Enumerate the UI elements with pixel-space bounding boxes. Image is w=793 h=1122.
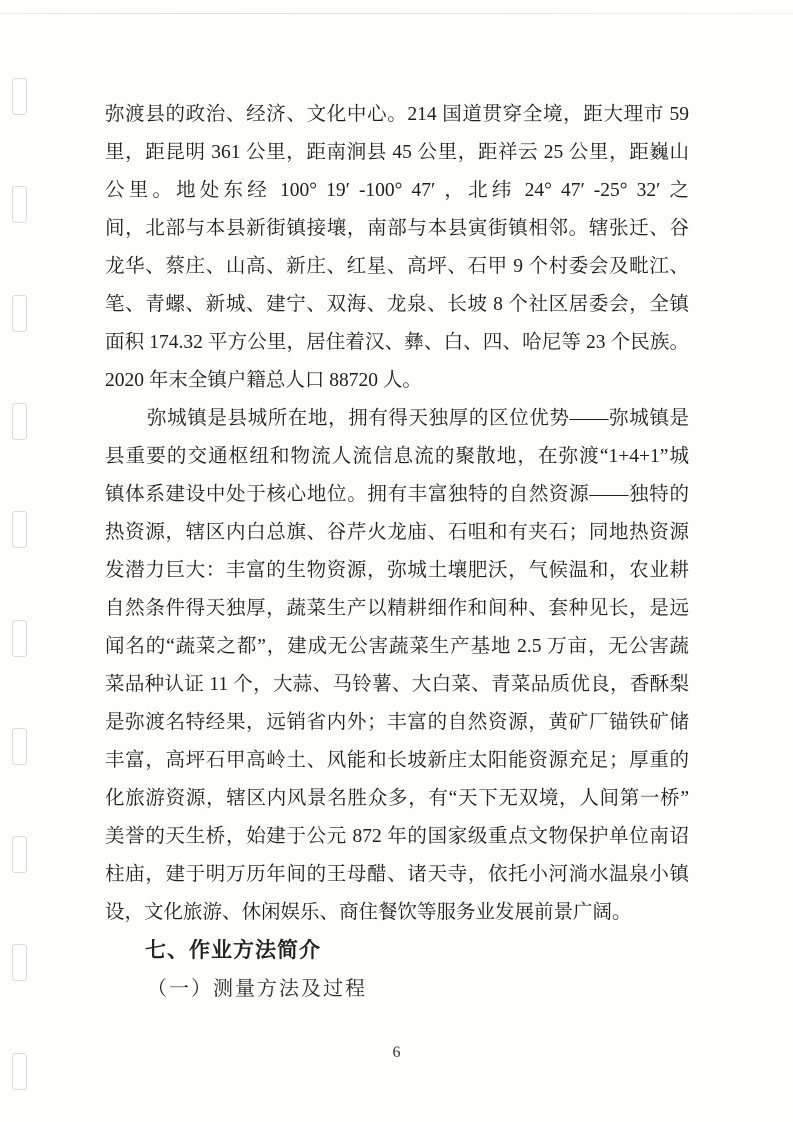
- binding-hole: [12, 944, 27, 981]
- binding-hole: [12, 728, 27, 765]
- document-content: 弥渡县的政治、经济、文化中心。214 国道贯穿全境，距大理市 59 公里，距昆明…: [105, 96, 689, 1008]
- binding-hole: [12, 295, 27, 332]
- text-line: 公里。地处东经 100° 19′ -100° 47′ ，北纬 24° 47′ -…: [105, 172, 689, 210]
- text-line: 自然条件得天独厚，蔬菜生产以精耕细作和间种、套种见长，是远近: [105, 590, 689, 628]
- binding-hole: [12, 78, 27, 115]
- subsection-heading: （一）测量方法及过程: [105, 970, 689, 1008]
- text-line: 是弥渡名特经果，远销省内外；丰富的自然资源，黄矿厂锚铁矿储量: [105, 704, 689, 742]
- binding-hole: [12, 511, 27, 548]
- text-line: 弥渡县的政治、经济、文化中心。214 国道贯穿全境，距大理市 59 公: [105, 96, 689, 134]
- text-line: 里，距昆明 361 公里，距南涧县 45 公里，距祥云 25 公里，距巍山 47: [105, 134, 689, 172]
- text-line: 笔、青螺、新城、建宁、双海、龙泉、长坡 8 个社区居委会，全镇总: [105, 286, 689, 324]
- text-line: 设，文化旅游、休闲娱乐、商住餐饮等服务业发展前景广阔。: [105, 894, 689, 932]
- document-page: 弥渡县的政治、经济、文化中心。214 国道贯穿全境，距大理市 59 公里，距昆明…: [0, 0, 793, 1122]
- text-line: 菜品种认证 11 个，大蒜、马铃薯、大白菜、青菜品质优良，香酥梨: [105, 666, 689, 704]
- paragraph: 弥渡县的政治、经济、文化中心。214 国道贯穿全境，距大理市 59 公里，距昆明…: [105, 96, 689, 400]
- text-line: 镇体系建设中处于核心地位。拥有丰富独特的自然资源——独特的地: [105, 476, 689, 514]
- text-line: 2020 年末全镇户籍总人口 88720 人。: [105, 362, 689, 400]
- text-line: 丰富，高坪石甲高岭土、风能和长坡新庄太阳能资源充足；厚重的文: [105, 742, 689, 780]
- text-line: 弥城镇是县城所在地，拥有得天独厚的区位优势——弥城镇是全: [105, 400, 689, 438]
- scan-artifact-line: [0, 13, 793, 14]
- section-heading: 七、作业方法简介: [105, 932, 689, 970]
- binding-hole: [12, 620, 27, 657]
- page-footer: 6: [0, 1044, 793, 1062]
- text-line: 龙华、蔡庄、山高、新庄、红星、高坪、石甲 9 个村委会及毗江、文: [105, 248, 689, 286]
- text-line: 化旅游资源，辖区内风景名胜众多，有“天下无双境，人间第一桥”: [105, 780, 689, 818]
- text-line: 热资源，辖区内白总旗、谷芹火龙庙、石咀和有夹石；同地热资源开: [105, 514, 689, 552]
- text-line: 发潜力巨大：丰富的生物资源，弥城土壤肥沃，气候温和，农业耕种: [105, 552, 689, 590]
- text-line: 美誉的天生桥，始建于公元 872 年的国家级重点文物保护单位南诏铁: [105, 818, 689, 856]
- text-line: 面积 174.32 平方公里，居住着汉、彝、白、四、哈尼等 23 个民族。: [105, 324, 689, 362]
- page-number: 6: [393, 1044, 401, 1061]
- binding-hole: [12, 186, 27, 223]
- binding-hole: [12, 836, 27, 873]
- binding-hole: [12, 403, 27, 440]
- text-line: 闻名的“蔬菜之都”，建成无公害蔬菜生产基地 2.5 万亩，无公害蔬: [105, 628, 689, 666]
- text-line: 县重要的交通枢纽和物流人流信息流的聚散地，在弥渡“1+4+1”城: [105, 438, 689, 476]
- text-line: 柱庙，建于明万历年间的王母醋、诸天寺，依托小河淌水温泉小镇建: [105, 856, 689, 894]
- paragraph: 弥城镇是县城所在地，拥有得天独厚的区位优势——弥城镇是全县重要的交通枢纽和物流人…: [105, 400, 689, 932]
- text-line: 间，北部与本县新街镇接壤，南部与本县寅街镇相邻。辖张迁、谷芹、: [105, 210, 689, 248]
